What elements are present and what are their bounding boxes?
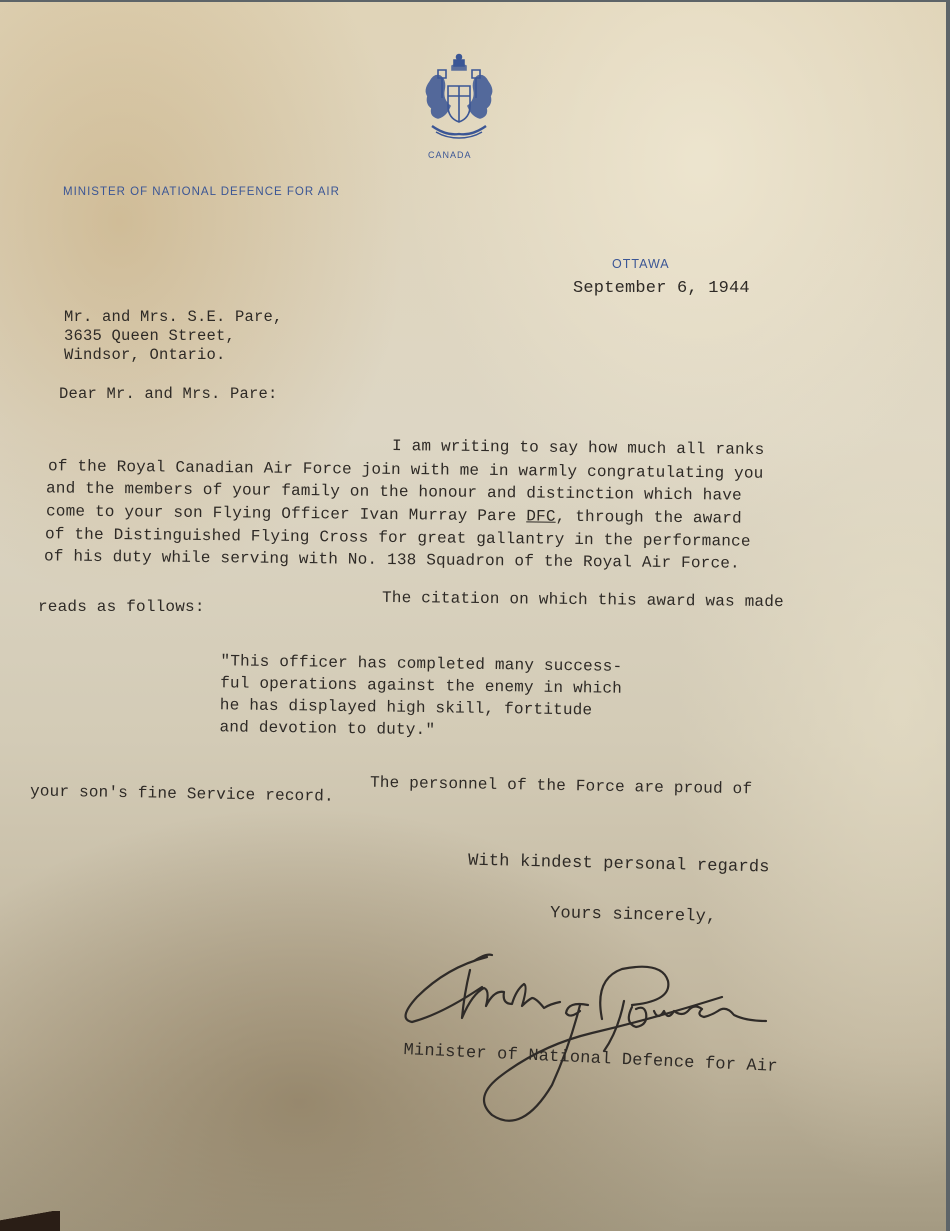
citation-block: "This officer has completed many success… (219, 650, 622, 744)
letterhead-country: CANADA (428, 150, 472, 160)
recipient-street: 3635 Queen Street, (64, 327, 235, 346)
coat-of-arms-of-canada-icon (420, 52, 498, 144)
paragraph2-line: reads as follows: (38, 598, 205, 616)
paragraph1-line-tail: , through the award (556, 508, 742, 528)
letter-date: September 6, 1944 (573, 279, 750, 298)
photo-corner-shadow (0, 1211, 60, 1231)
dateline-city: OTTAWA (612, 257, 670, 271)
decoration-abbrev: DFC (526, 507, 556, 525)
closing-sign-off: Yours sincerely, (550, 904, 717, 927)
recipient-name: Mr. and Mrs. S.E. Pare, (64, 308, 283, 327)
recipient-city: Windsor, Ontario. (64, 346, 226, 365)
handwritten-signature-icon (392, 945, 862, 1140)
salutation: Dear Mr. and Mrs. Pare: (59, 385, 278, 403)
letterhead-department: MINISTER OF NATIONAL DEFENCE FOR AIR (63, 186, 340, 198)
